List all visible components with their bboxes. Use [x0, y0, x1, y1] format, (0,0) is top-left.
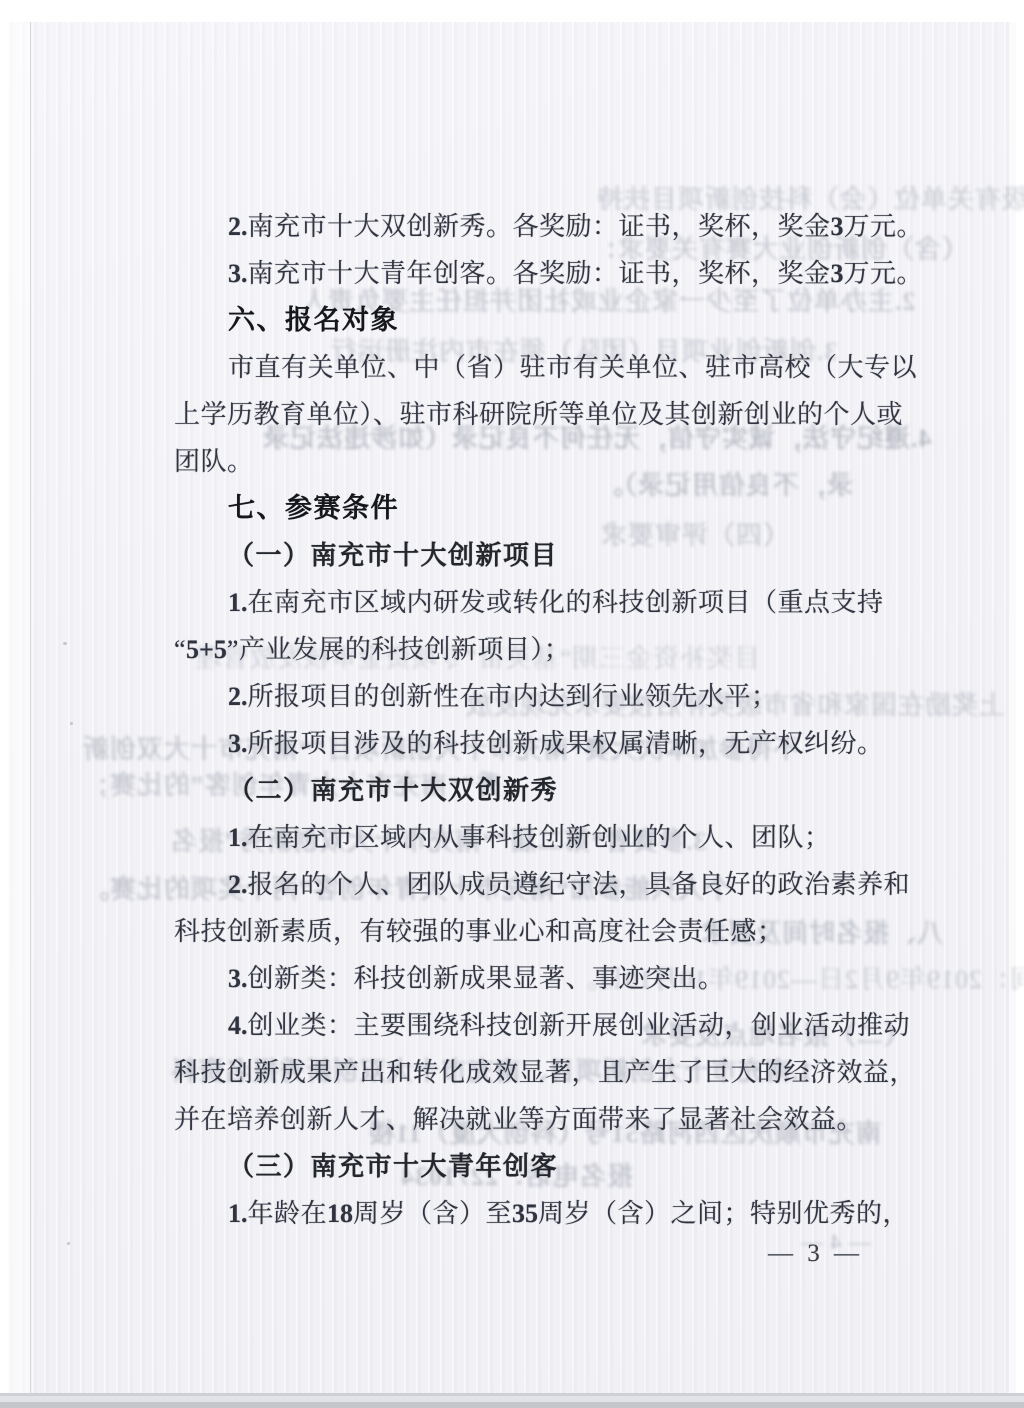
scan-speck [70, 722, 73, 725]
scan-speck [540, 1172, 544, 1175]
text-line: 1.在南充市区域内研发或转化的科技创新项目（重点支持 [174, 579, 908, 626]
text-line: 3.所报项目涉及的科技创新成果权属清晰，无产权纠纷。 [174, 720, 908, 767]
text-line: 1.年龄在18周岁（含）至35周岁（含）之间；特别优秀的， [174, 1190, 908, 1237]
text-line: 六、报名对象 [174, 297, 908, 344]
text-line: 2.报名的个人、团队成员遵纪守法，具备良好的政治素养和 [174, 861, 908, 908]
scan-speck [63, 642, 67, 645]
text-line: 1.在南充市区域内从事科技创新创业的个人、团队； [174, 814, 908, 861]
text-line: 2.南充市十大双创新秀。各奖励：证书，奖杯，奖金3万元。 [174, 203, 908, 250]
text-line: 4.创业类：主要围绕科技创新开展创业活动，创业活动推动 [174, 1002, 908, 1049]
text-line: 3.创新类：科技创新成果显著、事迹突出。 [174, 955, 908, 1002]
text-line: 科技创新成果产出和转化成效显著，且产生了巨大的经济效益， [174, 1049, 908, 1096]
scan-bed [0, 1402, 1024, 1408]
scan-speck [67, 1242, 70, 1245]
text-line: （三）南充市十大青年创客 [174, 1143, 908, 1190]
text-line: 科技创新素质，有较强的事业心和高度社会责任感； [174, 908, 908, 955]
text-line: （二）南充市十大双创新秀 [174, 767, 908, 814]
text-line: 上学历教育单位）、驻市科研院所等单位及其创新创业的个人或 [174, 391, 908, 438]
text-line: 市直有关单位、中（省）驻市有关单位、驻市高校（大专以 [174, 344, 908, 391]
text-line: （一）南充市十大创新项目 [174, 532, 908, 579]
text-line: 2.所报项目的创新性在市内达到行业领先水平； [174, 673, 908, 720]
text-line: 3.南充市十大青年创客。各奖励：证书，奖杯，奖金3万元。 [174, 250, 908, 297]
page-number: — 3 — [768, 1240, 863, 1268]
text-line: “5+5”产业发展的科技创新项目）； [174, 626, 908, 673]
text-line: 并在培养创新人才、解决就业等方面带来了显著社会效益。 [174, 1096, 908, 1143]
scanned-document-page: 市级有关单位（会）科技创新项目扶持（含）创新创业大赛有关要求：2.主办单位了至少… [0, 0, 1024, 1408]
text-line: 团队。 [174, 438, 908, 485]
text-lines: 2.南充市十大双创新秀。各奖励：证书，奖杯，奖金3万元。3.南充市十大青年创客。… [174, 203, 908, 1237]
text-line: 七、参赛条件 [174, 485, 908, 532]
